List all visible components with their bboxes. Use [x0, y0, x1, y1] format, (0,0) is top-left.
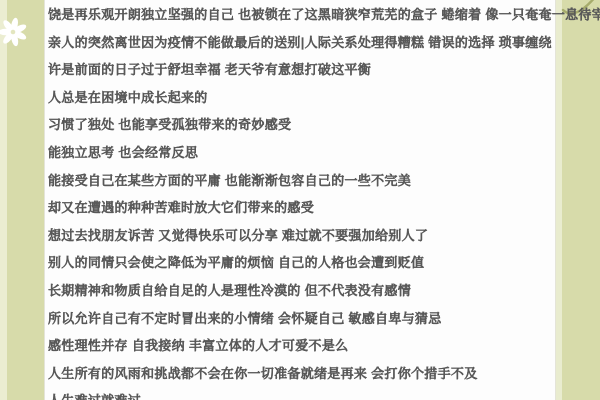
text-line: 人总是在困境中成长起来的	[48, 91, 554, 104]
text-line: 能独立思考 也会经常反思	[48, 146, 554, 159]
text-line: 却又在遭遇的种种苦难时放大它们带来的感受	[48, 201, 554, 214]
text-line: 许是前面的日子过于舒坦幸福 老天爷有意想打破这平衡	[48, 63, 554, 76]
text-line: 人生所有的风雨和挑战都不会在你一切准备就绪是再来 会打你个措手不及	[48, 367, 554, 380]
text-lines: 饶是再乐观开朗独立坚强的自己 也被锁在了这黑暗狭窄荒芜的盒子 蜷缩着 像一只奄奄…	[48, 0, 554, 400]
flower-icon	[0, 5, 44, 61]
text-line: 习惯了独处 也能享受孤独带来的奇妙感受	[48, 118, 554, 131]
text-line: 能接受自己在某些方面的平庸 也能渐渐包容自己的一些不完美	[48, 174, 554, 187]
text-line: 人生难过就难过	[48, 394, 554, 400]
left-accent-bar	[0, 0, 45, 400]
text-line: 感性理性并存 自我接纳 丰富立体的人才可爱不是么	[48, 339, 554, 352]
text-line: 长期精神和物质自给自足的人是理性冷漠的 但不代表没有感情	[48, 284, 554, 297]
right-accent-bar	[555, 0, 600, 400]
quote-card-page: 饶是再乐观开朗独立坚强的自己 也被锁在了这黑暗狭窄荒芜的盒子 蜷缩着 像一只奄奄…	[0, 0, 600, 400]
text-line: 想过去找朋友诉苦 又觉得快乐可以分享 难过就不要强加给别人了	[48, 229, 554, 242]
text-line: 所以允许自己有不定时冒出来的小情绪 会怀疑自己 敏感自卑与猜忌	[48, 312, 554, 325]
text-line: 亲人的突然离世因为疫情不能做最后的送别|人际关系处理得糟糕 错误的选择 琐事缠绕	[48, 36, 554, 49]
text-line: 饶是再乐观开朗独立坚强的自己 也被锁在了这黑暗狭窄荒芜的盒子 蜷缩着 像一只奄奄…	[48, 8, 554, 21]
text-line: 别人的同情只会使之降低为平庸的烦恼 自己的人格也会遭到贬值	[48, 256, 554, 269]
